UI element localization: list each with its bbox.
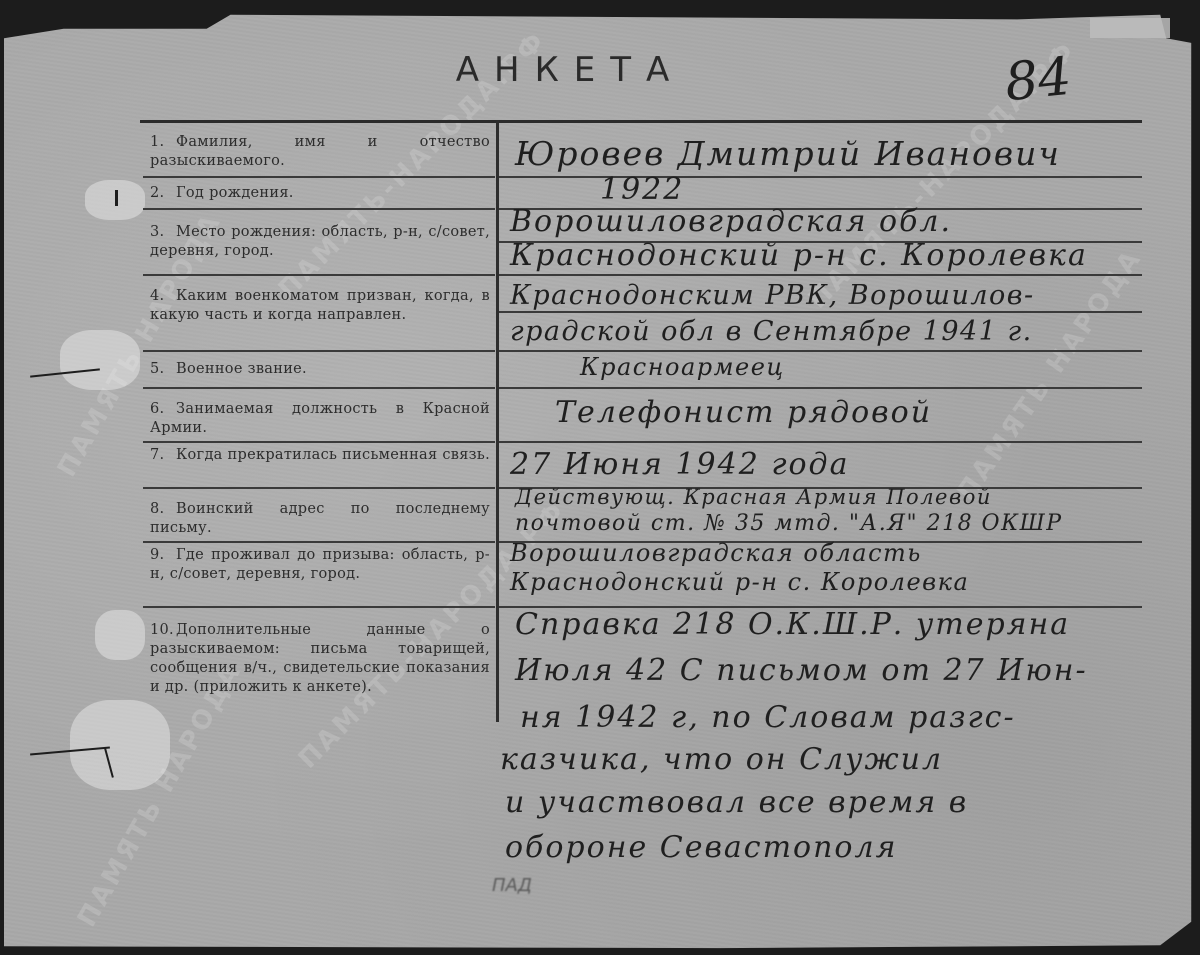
field-label-2: 2.Год рождения. — [150, 184, 490, 203]
answer-additional-line-4: казчика, что он Служил — [500, 742, 943, 777]
answer-military-address-line-2: почтовой ст. № 35 мтд. "А.Я" 218 ОКШР — [515, 511, 1063, 536]
row-divider — [143, 387, 495, 389]
field-label-10: 10.Дополнительные данные о разыскиваемом… — [150, 621, 490, 697]
answer-additional-line-1: Справка 218 О.К.Ш.Р. утеряна — [515, 607, 1070, 642]
row-divider — [143, 487, 495, 489]
field-label-8: 8.Воинский адрес по последнему письму. — [150, 500, 490, 538]
answer-line — [499, 387, 1142, 389]
answer-line — [499, 350, 1142, 352]
answer-conscription-line-2: градской обл в Сентябре 1941 г. — [510, 316, 1033, 347]
answer-additional-line-3: ня 1942 г, по Словам разгс- — [520, 700, 1016, 735]
field-label-1: 1.Фамилия, имя и отчество разыскиваемого… — [150, 133, 490, 171]
answer-line — [499, 441, 1142, 443]
answer-residence-line-1: Ворошиловградская область — [510, 539, 922, 567]
paper-crease — [70, 700, 170, 790]
field-label-6: 6.Занимаемая должность в Красной Армии. — [150, 400, 490, 438]
row-divider — [143, 606, 495, 608]
tape-strip — [1090, 18, 1170, 38]
field-label-3: 3.Место рождения: область, р-н, с/совет,… — [150, 223, 490, 261]
answer-residence-line-2: Краснодонский р-н с. Королевка — [510, 568, 969, 596]
answer-birthplace-line-2: Краснодонский р-н с. Королевка — [510, 238, 1088, 273]
field-label-5: 5.Военное звание. — [150, 360, 490, 379]
table-top-rule — [140, 120, 1142, 123]
field-label-9: 9.Где проживал до призыва: область, р-н,… — [150, 546, 490, 584]
paper-crease — [60, 330, 140, 390]
row-divider — [143, 208, 495, 210]
answer-conscription-line-1: Краснодонским РВК, Ворошилов- — [510, 280, 1035, 311]
answer-birthplace-line-1: Ворошиловградская обл. — [510, 204, 952, 239]
column-divider — [496, 120, 499, 722]
answer-line — [499, 274, 1142, 276]
field-label-7: 7.Когда прекратилась письменная связь. — [150, 446, 490, 465]
field-label-4: 4.Каким военкоматом призван, когда, в ка… — [150, 287, 490, 325]
row-divider — [143, 350, 495, 352]
answer-position: Телефонист рядовой — [555, 395, 932, 430]
answer-line — [499, 311, 1142, 313]
record-number: 84 — [1002, 47, 1074, 114]
stamp-smudge: ПАД — [492, 875, 532, 896]
answer-rank: Красноармеец — [580, 353, 785, 381]
answer-military-address-line-1: Действующ. Красная Армия Полевой — [515, 485, 992, 509]
answer-last-contact: 27 Июня 1942 года — [510, 447, 849, 482]
row-divider — [143, 176, 495, 178]
answer-birth-year: 1922 — [600, 172, 684, 207]
answer-additional-line-2: Июля 42 С письмом от 27 Июн- — [515, 653, 1088, 688]
paper-tear — [115, 190, 118, 206]
answer-line — [499, 176, 1142, 178]
row-divider — [143, 274, 495, 276]
row-divider — [143, 541, 495, 543]
row-divider — [143, 441, 495, 443]
paper-crease — [95, 610, 145, 660]
answer-full-name: Юровев Дмитрий Иванович — [515, 134, 1061, 173]
answer-additional-line-5: и участвовал все время в — [505, 785, 968, 820]
answer-additional-line-6: обороне Севастополя — [505, 830, 897, 865]
